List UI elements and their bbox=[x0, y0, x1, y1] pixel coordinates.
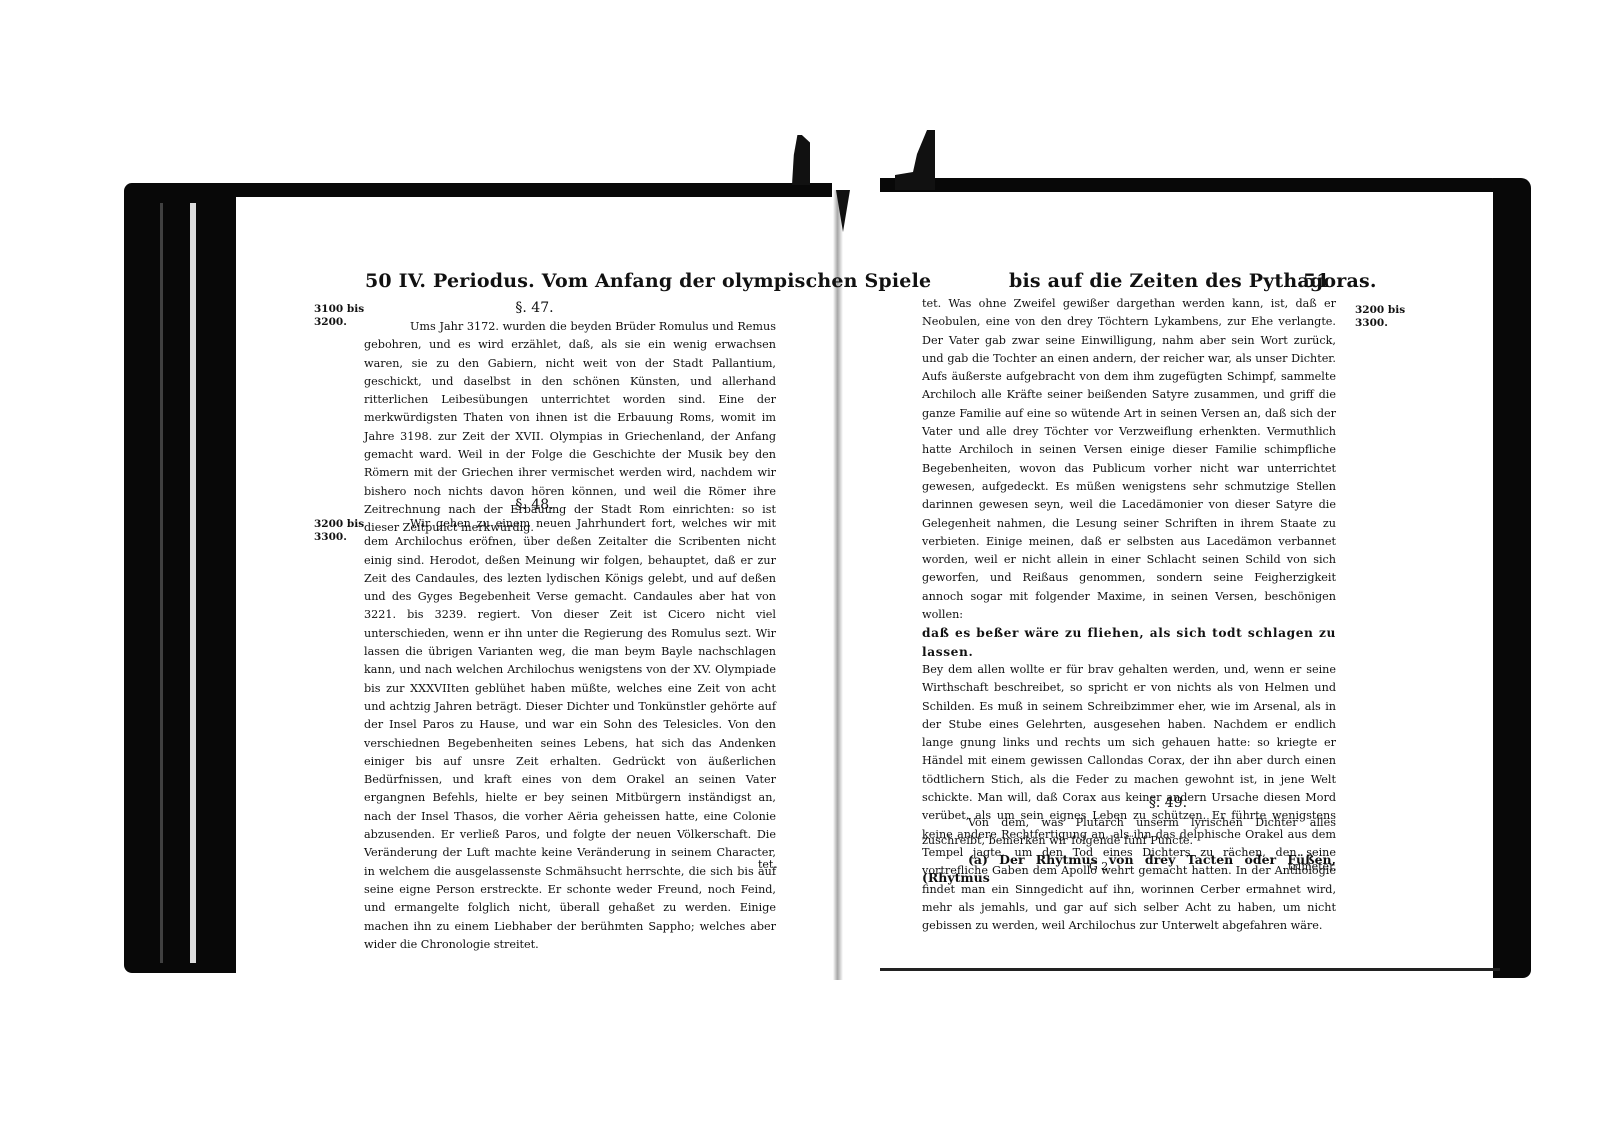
section-48-body: Wir gehen zu einem neuen Jahrhundert for… bbox=[364, 515, 776, 954]
book-cover-top-edge-right bbox=[880, 178, 1500, 192]
section-mark-49: §. 49. bbox=[843, 795, 1493, 811]
margin-note-year-range: 3200 bis 3300. bbox=[1355, 304, 1405, 329]
book-cover-left-edge bbox=[124, 183, 236, 973]
page-edge-stripe bbox=[160, 203, 163, 963]
section-mark-47: §. 47. bbox=[236, 300, 833, 316]
page-bottom-edge bbox=[880, 968, 1500, 971]
paragraph: Wir gehen zu einem neuen Jahrhundert for… bbox=[364, 515, 776, 954]
signature-mark: G 2 bbox=[1089, 860, 1108, 873]
left-page: 50 IV. Periodus. Vom Anfang der olympisc… bbox=[236, 200, 833, 970]
paragraph: tet. Was ohne Zweifel gewißer dargethan … bbox=[922, 295, 1336, 624]
book-gutter bbox=[833, 190, 843, 980]
paragraph: Von dem, was Plutarch unserm lyrischen D… bbox=[922, 814, 1336, 851]
page-number: 51 bbox=[1303, 270, 1330, 292]
scan-artifact bbox=[792, 135, 810, 185]
list-item-a: (a) Der Rhytmus von drey Tacten oder Füß… bbox=[922, 851, 1336, 888]
right-page: bis auf die Zeiten des Pythagoras. 51 32… bbox=[843, 200, 1493, 968]
page-number: 50 bbox=[365, 270, 392, 292]
maxim-quote: daß es beßer wäre zu fliehen, als sich t… bbox=[922, 624, 1336, 661]
margin-note-year-range: 3200 bis 3300. bbox=[314, 518, 364, 543]
catchword: trimeter. bbox=[1288, 860, 1337, 873]
section-mark-48: §. 48. bbox=[236, 497, 833, 513]
scan-artifact bbox=[895, 130, 935, 190]
section-49-body: Von dem, was Plutarch unserm lyrischen D… bbox=[922, 814, 1336, 887]
catchword: tet. bbox=[758, 858, 777, 871]
book-cover-right-edge bbox=[1493, 178, 1531, 978]
page-edge-stripe bbox=[190, 203, 196, 963]
